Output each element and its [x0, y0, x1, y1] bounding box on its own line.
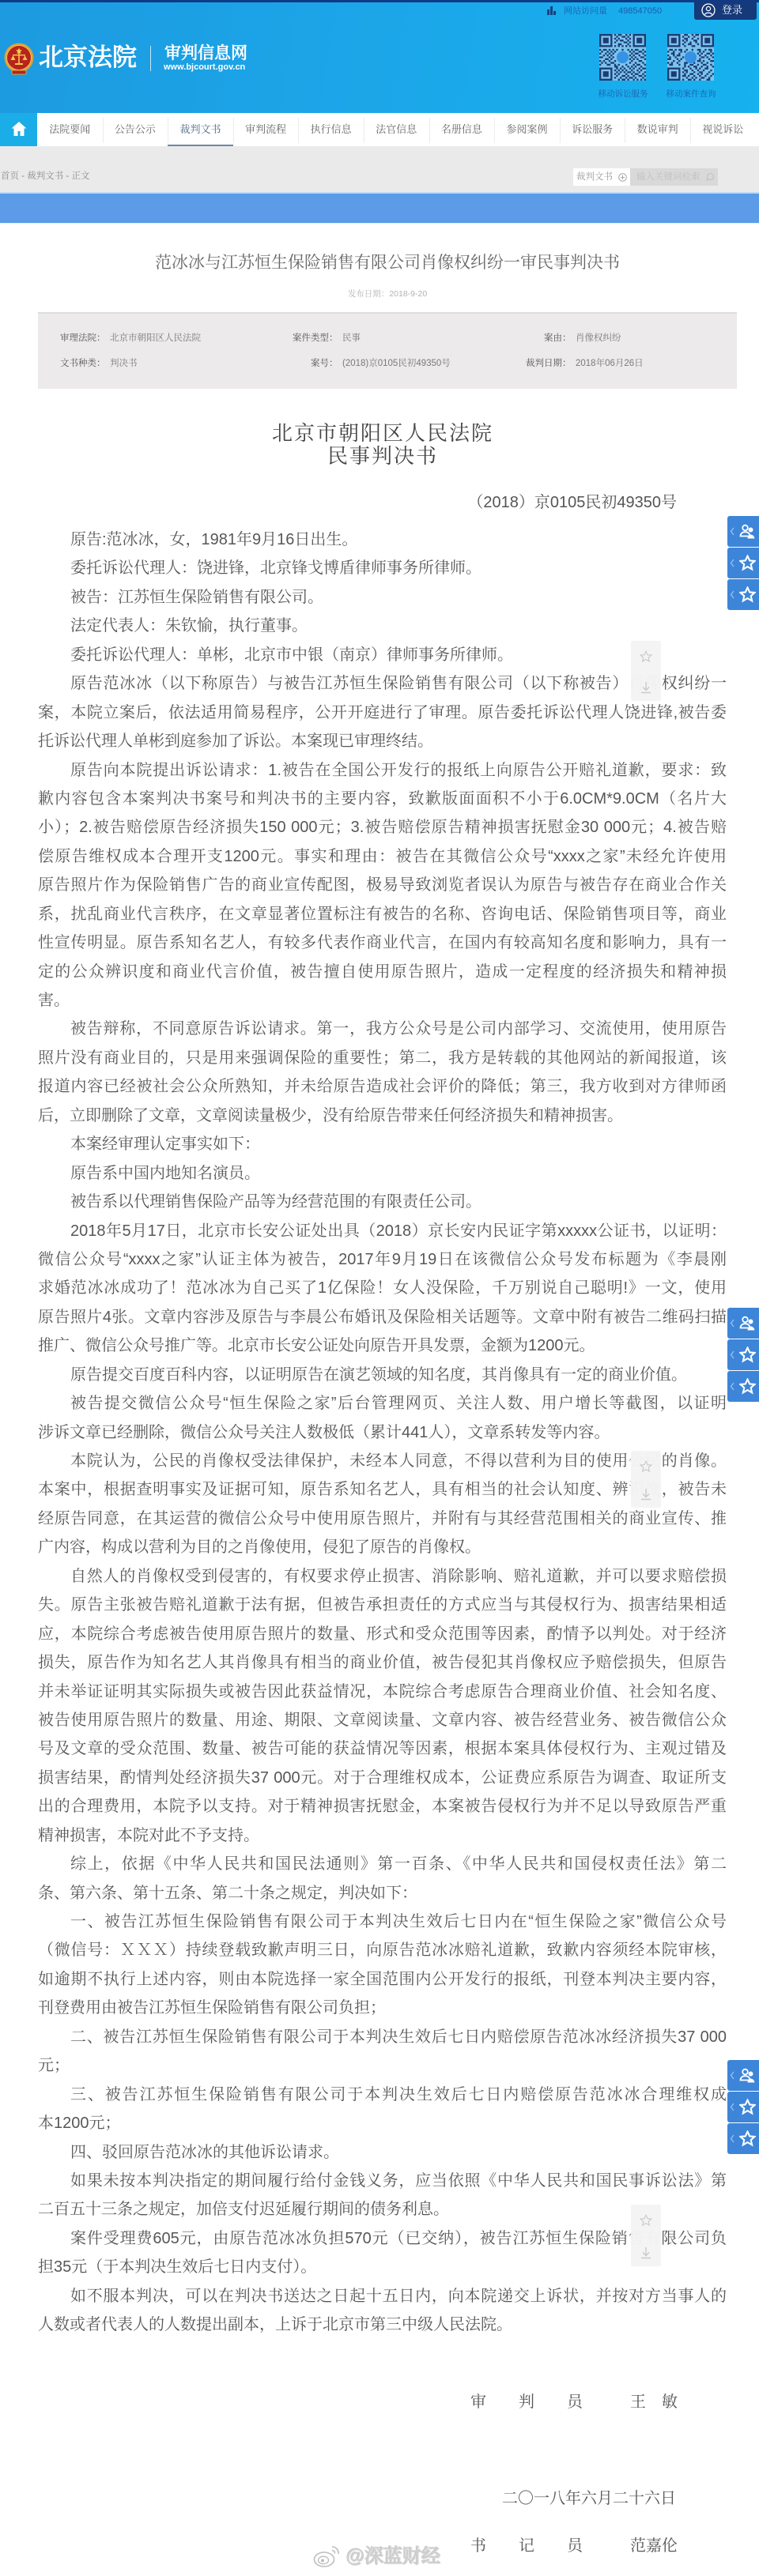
text-line: 并未举证证明其实际损失或被告因此获益情况，本院综合考虑原告合理商业价值、社会知名…: [38, 1678, 727, 1706]
paragraph: 原告范冰冰（以下称原告）与被告江苏恒生保险销售有限公司（以下称被告）肖像权纠纷一…: [38, 669, 727, 755]
watermark-text: @深蓝财经: [346, 2545, 440, 2567]
meta-label: 案号：: [291, 357, 338, 370]
chevron-left-icon: [730, 527, 734, 536]
meta-label: 案由：: [524, 332, 572, 345]
text-line: 原告照片4张。文章内容涉及原告与李晨公布婚讯及保险相关话题等。文章中附有被告二维…: [38, 1303, 727, 1331]
nav-roster-info[interactable]: 名册信息: [429, 113, 495, 146]
text-line: 性宣传明显。原告系知名艺人，有较多代表作商业代言，在国内有较高知名度和影响力，具…: [38, 928, 727, 957]
text-line: 被告：江苏恒生保险销售有限公司。: [38, 583, 727, 612]
paragraph: 原告系中国内地知名演员。: [38, 1159, 727, 1188]
search-box: [630, 168, 718, 186]
paragraph: 本院认为，公民的肖像权受法律保护，未经本人同意，不得以营利为目的使用公民的肖像。…: [38, 1447, 727, 1562]
paragraph: 综上，依据《中华人民共和国民法通则》第一百条、《中华人民共和国侵权责任法》第二 …: [38, 1850, 727, 1908]
side-tools: [727, 2060, 759, 2155]
breadcrumb-home[interactable]: 首页: [1, 171, 19, 181]
text-line: 自然人的肖像权受到侵害的，有权要求停止损害、消除影响、赔礼道歉，并可以要求赔偿损: [38, 1562, 727, 1591]
side-tools: [727, 1308, 759, 1403]
publish-date-label: 发布日期：: [348, 289, 390, 299]
download-icon[interactable]: [640, 1488, 652, 1501]
meta-label: 文书种类：: [59, 357, 106, 370]
paragraph: 被告系以代理销售保险产品等为经营范围的有限责任公司。: [38, 1188, 727, 1216]
paragraph: 被告提交微信公众号“恒生保险之家”后台管理网页、关注人数、用户增长等截图，以证明…: [38, 1389, 727, 1447]
text-line: 本院认为，公民的肖像权受法律保护，未经本人同意，不得以营利为目的使用公民的肖像。: [38, 1447, 727, 1475]
text-line: 原告:范冰冰，女，1981年9月16日出生。: [38, 525, 727, 554]
nav-home-button[interactable]: [0, 113, 37, 146]
star-icon: [739, 1346, 756, 1363]
text-line: 原告照片作为保险销售广告的商业宣传配图，极易导致浏览者误认为原告与被告存在商业合…: [38, 871, 727, 899]
text-line: 求婚范冰冰成功了！范冰冰为自己买了1亿保险！女人没保险，千万别说自己聪明!》一文…: [38, 1274, 727, 1302]
download-icon[interactable]: [640, 2246, 652, 2259]
star-icon: [739, 586, 756, 603]
text-line: 二、被告江苏恒生保险销售有限公司于本判决生效后七日内赔偿原告范冰冰经济损失37 …: [38, 2023, 727, 2051]
side-share-button[interactable]: [727, 1308, 759, 1339]
paragraph: 如不服本判决，可以在判决书送达之日起十五日内，向本院递交上诉状，并按对方当事人的…: [38, 2282, 727, 2340]
qr-label-mobile-litigation: 移动诉讼服务: [598, 89, 648, 100]
paragraph: 如果未按本判决指定的期间履行给付金钱义务，应当依照《中华人民共和国民事诉讼法》第…: [38, 2167, 727, 2224]
breadcrumb-current: 正文: [71, 171, 89, 181]
text-line: 歉内容包含本案判决书案号和判决书的主要内容，致歉版面面积不小于6.0CM*9.0…: [38, 785, 727, 813]
nav-enforcement-info[interactable]: 执行信息: [298, 113, 364, 146]
search-scope-select[interactable]: 裁判文书: [573, 168, 630, 186]
paragraph: 被告：江苏恒生保险销售有限公司。: [38, 583, 727, 612]
text-line: 号及文章的受众范围、数量、被告可能的获益情况等因素，根据本案具体侵权行为、主观过…: [38, 1734, 727, 1763]
users-icon: [739, 1315, 756, 1331]
text-line: 本1200元；: [38, 2109, 727, 2137]
text-line: 本案中，根据查明事实及证据可知，原告系知名艺人，具有相当的社会认知度、辨识度，被…: [38, 1475, 727, 1504]
text-line: 刊登费用由被告江苏恒生保险销售有限公司负担；: [38, 1994, 727, 2022]
meta-label: 审理法院：: [59, 332, 106, 345]
chevron-left-icon: [730, 2071, 734, 2080]
paragraph: 法定代表人：朱钦愉，执行董事。: [38, 612, 727, 640]
floating-toolbar: [631, 1451, 661, 1508]
text-line: 四、驳回原告范冰冰的其他诉讼请求。: [38, 2138, 727, 2167]
text-line: 如不服本判决，可以在判决书送达之日起十五日内，向本院递交上诉状，并按对方当事人的: [38, 2282, 727, 2310]
visits-count: 498547050: [618, 6, 662, 17]
text-line: 2018年5月17日，北京市长安公证处出具（2018）京长安内民证字第xxxxx…: [38, 1217, 727, 1245]
text-line: 涉诉文章已经删除，微信公众号关注人数极低（累计441人），文章系转发等内容。: [38, 1418, 727, 1447]
paragraph: 原告:范冰冰，女，1981年9月16日出生。: [38, 525, 727, 554]
chevron-left-icon: [730, 1319, 734, 1328]
text-line: 元；: [38, 2051, 727, 2080]
text-line: 系，扰乱商业代言秩序，在文章显著位置标注有被告的名称、咨询电话、保险销售项目等，…: [38, 900, 727, 928]
publish-date: 发布日期：2018-9-20: [38, 288, 737, 299]
paragraph: 原告提交百度百科内容，以证明原告在演艺领域的知名度，其肖像具有一定的商业价值。: [38, 1361, 727, 1389]
text-line: 损害结果，酌情判处经济损失37 000元。对于合理维权成本，公证费应系原告为调查…: [38, 1764, 727, 1792]
chevron-left-icon: [730, 590, 734, 599]
text-line: 案，本院立案后，依法适用简易程序，公开开庭进行了审理。原告委托诉讼代理人饶进锋,…: [38, 699, 727, 727]
search-icon[interactable]: [705, 172, 715, 182]
qr-code-icon[interactable]: [599, 34, 646, 81]
court-emblem-icon: [4, 41, 34, 76]
paragraph: 委托诉讼代理人：饶进锋，北京锋戈博盾律师事务所律师。: [38, 554, 727, 582]
text-line: 原告系中国内地知名演员。: [38, 1159, 727, 1188]
meta-value: 民事: [342, 332, 361, 345]
text-line: 定的公众辨识度和商业代言价值，被告擅自使用原告照片，造成一定程度的经济损失和精神…: [38, 958, 727, 986]
meta-case-type: 案件类型：民事: [291, 332, 361, 345]
nav-announcements[interactable]: 公告公示: [103, 113, 168, 146]
nav-judge-info[interactable]: 法官信息: [364, 113, 429, 146]
qr-code-icon[interactable]: [667, 34, 714, 81]
text-line: 出的合理费用，本院予以支持。对于精神损害抚慰金，本案被告侵权行为并不足以导致原告…: [38, 1792, 727, 1821]
nav-trial-process[interactable]: 审判流程: [233, 113, 299, 146]
meta-label: 案件类型：: [291, 332, 338, 345]
meta-doc-kind: 文书种类：判决书: [59, 357, 138, 370]
text-line: 被告使用原告照片的数量、用途、期限、文章阅读量、文章内容、被告经营业务、被告微信…: [38, 1706, 727, 1734]
weibo-logo-icon: [313, 2544, 341, 2569]
case-info-box: [38, 312, 737, 389]
text-line: 案件受理费605元，由原告范冰冰负担570元（已交纳），被告江苏恒生保险销售有限…: [38, 2224, 727, 2253]
meta-label: 裁判日期：: [524, 357, 572, 370]
floating-toolbar: [631, 2205, 661, 2266]
text-line: 应，本院综合考虑被告使用原告照片的数量、形式和受众范围等因素，酌情予以判处。对于…: [38, 1620, 727, 1648]
text-line: 如逾期不执行上述内容，则由本院选择一家全国范围内公开发行的报纸，刊登本判决主要内…: [38, 1965, 727, 1994]
document-type-heading: 民事判决书: [38, 445, 727, 468]
text-line: 原告范冰冰（以下称原告）与被告江苏恒生保险销售有限公司（以下称被告）肖像权纠纷一: [38, 669, 727, 698]
clerk-role: 书记员: [470, 2536, 615, 2555]
home-icon: [10, 120, 28, 137]
chevron-left-icon: [730, 559, 734, 567]
text-line: 原告提交百度百科内容，以证明原告在演艺领域的知名度，其肖像具有一定的商业价值。: [38, 1361, 727, 1389]
star-icon[interactable]: [640, 650, 652, 663]
text-line: （微信号：ＸＸＸ）持续登载致歉声明三日，向原告范冰冰赔礼道歉，致歉内容须经本院审…: [38, 1936, 727, 1964]
search-scope-label: 裁判文书: [576, 168, 613, 186]
section-band: [0, 192, 759, 224]
visits-label: 网站访问量: [564, 6, 607, 17]
chevron-left-icon: [730, 2103, 734, 2111]
text-line: 报道内容已经被社会公众所熟知，并未给原告造成社会评价的降低；第三，我方收到对方律…: [38, 1072, 727, 1101]
star-icon: [739, 1378, 756, 1395]
paragraph: 二、被告江苏恒生保险销售有限公司于本判决生效后七日内赔偿原告范冰冰经济损失37 …: [38, 2023, 727, 2081]
chevron-left-icon: [730, 1350, 734, 1359]
text-line: 本案经审理认定事实如下：: [38, 1130, 727, 1158]
breadcrumb-judgments[interactable]: 裁判文书: [27, 171, 63, 181]
meta-value: 北京市朝阳区人民法院: [110, 332, 201, 345]
star-icon: [739, 2130, 756, 2147]
download-icon[interactable]: [640, 681, 652, 694]
judge-role: 审判员: [470, 2393, 615, 2412]
text-line: 害。: [38, 986, 727, 1015]
meta-value: 肖像权纠纷: [576, 332, 621, 345]
users-icon: [739, 2067, 756, 2084]
side-bookmark-button[interactable]: [727, 2123, 759, 2154]
text-line: 如果未按本判决指定的期间履行给付金钱义务，应当依照《中华人民共和国民事诉讼法》第: [38, 2167, 727, 2195]
text-line: 综上，依据《中华人民共和国民法通则》第一百条、《中华人民共和国侵权责任法》第二: [38, 1850, 727, 1878]
clerk-name: 范嘉伦: [630, 2536, 678, 2555]
side-tools: [727, 516, 759, 611]
site-header: 北京法院 审判信息网 www.bjcourt.gov.cn 网站访问量 4985…: [0, 0, 759, 113]
meta-value: (2018)京0105民初49350号: [342, 357, 451, 370]
chevron-left-icon: [730, 2134, 734, 2143]
paragraph: 本案经审理认定事实如下：: [38, 1130, 727, 1158]
nav-data-trials[interactable]: 数说审判: [625, 113, 690, 146]
site-name[interactable]: 北京法院: [39, 43, 137, 72]
text-line: 经原告同意，在其运营的微信公众号中使用原告照片，并附有与其经营范围相关的商业宣传…: [38, 1505, 727, 1533]
nav-judgments[interactable]: 裁判文书: [168, 113, 233, 146]
paragraph: 案件受理费605元，由原告范冰冰负担570元（已交纳），被告江苏恒生保险销售有限…: [38, 2224, 727, 2282]
text-line: 三、被告江苏恒生保险销售有限公司于本判决生效后七日内赔偿原告范冰冰合理维权成: [38, 2081, 727, 2109]
side-favorite-button[interactable]: [727, 548, 759, 578]
text-line: 失。原告主张被告赔礼道歉于法有据，但被告承担责任的方式应当与其侵权行为、损害结果…: [38, 1591, 727, 1619]
star-icon: [739, 555, 756, 571]
meta-value: 判决书: [110, 357, 138, 370]
text-line: 偿原告维权成本合理开支1200元。事实和理由：被告在其微信公众号“xxxx之家”…: [38, 842, 727, 871]
floating-toolbar: [631, 641, 661, 701]
text-line: 被告辩称，不同意原告诉讼请求。第一，我方公众号是公司内部学习、交流使用，使用原告: [38, 1015, 727, 1043]
user-icon: [701, 3, 716, 17]
judge-name: 王 敏: [630, 2393, 678, 2412]
meta-value: 2018年06月26日: [576, 357, 644, 370]
case-number: （2018）京0105民初49350号: [38, 488, 677, 517]
paragraph: 三、被告江苏恒生保险销售有限公司于本判决生效后七日内赔偿原告范冰冰合理维权成 本…: [38, 2081, 727, 2138]
site-url: www.bjcourt.gov.cn: [164, 62, 245, 72]
text-line: 法定代表人：朱钦愉，执行董事。: [38, 612, 727, 640]
text-line: 一、被告江苏恒生保险销售有限公司于本判决生效后七日内在“恒生保险之家”微信公众号: [38, 1908, 727, 1936]
chevron-left-icon: [730, 1382, 734, 1391]
text-line: 二百五十三条之规定，加倍支付迟延履行期间的债务利息。: [38, 2195, 727, 2224]
paragraph: 四、驳回原告范冰冰的其他诉讼请求。: [38, 2138, 727, 2167]
meta-cause: 案由：肖像权纠纷: [524, 332, 621, 345]
login-label: 登录: [722, 1, 742, 20]
users-icon: [739, 523, 756, 540]
star-icon: [739, 2099, 756, 2115]
login-button[interactable]: 登录: [694, 1, 757, 20]
text-line: 被告系以代理销售保险产品等为经营范围的有限责任公司。: [38, 1188, 727, 1216]
text-line: 原告向本院提出诉讼请求：1.被告在全国公开发行的报纸上向原告公开赔礼道歉，要求：…: [38, 756, 727, 785]
nav-video-litigation[interactable]: 视说诉讼: [690, 113, 756, 146]
star-icon[interactable]: [640, 1460, 652, 1473]
side-share-button[interactable]: [727, 516, 759, 547]
text-line: 委托诉讼代理人：饶进锋，北京锋戈博盾律师事务所律师。: [38, 554, 727, 582]
document-title: 范冰冰与江苏恒生保险销售有限公司肖像权纠纷一审民事判决书: [38, 253, 737, 273]
top-strip: [0, 0, 759, 2]
site-subtitle: 审判信息网: [164, 44, 247, 63]
logo-divider: [150, 46, 151, 71]
text-line: 精神损害，本院对此不予支持。: [38, 1821, 727, 1850]
text-line: 条、第六条、第十五条、第二十条之规定，判决如下：: [38, 1879, 727, 1908]
side-bookmark-button[interactable]: [727, 579, 759, 610]
qr-label-mobile-case-query: 移动案件查询: [666, 89, 716, 100]
text-line: 损失，原告作为知名艺人其肖像具有相当的商业价值，被告侵犯其肖像权应予赔偿损失，但…: [38, 1648, 727, 1677]
side-favorite-button[interactable]: [727, 1339, 759, 1370]
text-line: 后，立即删除了文章，文章阅读量极少，没有给原告带来任何经济损失和精神损害。: [38, 1102, 727, 1130]
breadcrumb: 首页 - 裁判文书 - 正文: [1, 171, 89, 182]
paragraph: 一、被告江苏恒生保险销售有限公司于本判决生效后七日内在“恒生保险之家”微信公众号…: [38, 1908, 727, 2023]
nav-litigation-services[interactable]: 诉讼服务: [560, 113, 625, 146]
text-line: 被告提交微信公众号“恒生保险之家”后台管理网页、关注人数、用户增长等截图，以证明: [38, 1389, 727, 1418]
side-bookmark-button[interactable]: [727, 1371, 759, 1402]
side-favorite-button[interactable]: [727, 2092, 759, 2122]
judgment-body: 原告:范冰冰，女，1981年9月16日出生。 委托诉讼代理人：饶进锋，北京锋戈博…: [38, 525, 727, 2340]
breadcrumb-row: 首页 - 裁判文书 - 正文 裁判文书: [0, 146, 759, 192]
nav-court-news[interactable]: 法院要闻: [37, 113, 103, 146]
meta-case-number: 案号：(2018)京0105民初49350号: [291, 357, 451, 370]
sign-date: 二〇一八年六月二十六日: [502, 2489, 676, 2508]
text-line: 推广、微信公众号推广等。北京市长安公证处向原告开具发票，金额为1200元。: [38, 1331, 727, 1360]
text-line: 人数或者代表人的人数提出副本，上诉于北京市第三中级人民法院。: [38, 2310, 727, 2339]
text-line: 小）；2.被告赔偿原告经济损失150 000元；3.被告赔偿原告精神损害抚慰金3…: [38, 813, 727, 842]
paragraph: 委托诉讼代理人：单彬，北京市中银（南京）律师事务所律师。: [38, 641, 727, 669]
court-name-heading: 北京市朝阳区人民法院: [38, 422, 727, 445]
paragraph: 被告辩称，不同意原告诉讼请求。第一，我方公众号是公司内部学习、交流使用，使用原告…: [38, 1015, 727, 1130]
paragraph: 2018年5月17日，北京市长安公证处出具（2018）京长安内民证字第xxxxx…: [38, 1217, 727, 1361]
text-line: 微信公众号“xxxx之家”认证主体为被告，2017年9月19日在该微信公众号发布…: [38, 1245, 727, 1274]
paragraph: 原告向本院提出诉讼请求：1.被告在全国公开发行的报纸上向原告公开赔礼道歉，要求：…: [38, 756, 727, 1015]
main-nav: 法院要闻 公告公示 裁判文书 审判流程 执行信息 法官信息 名册信息 参阅案例 …: [0, 113, 759, 146]
breadcrumb-separator: -: [63, 171, 71, 181]
text-line: 委托诉讼代理人：单彬，北京市中银（南京）律师事务所律师。: [38, 641, 727, 669]
plus-circle-icon: [618, 173, 627, 182]
search-input[interactable]: [630, 168, 708, 186]
side-share-button[interactable]: [727, 2060, 759, 2091]
meta-judgment-date: 裁判日期：2018年06月26日: [524, 357, 644, 370]
text-line: 托诉讼代理人单彬到庭参加了诉讼。本案现已审理终结。: [38, 727, 727, 755]
paragraph: 自然人的肖像权受到侵害的，有权要求停止损害、消除影响、赔礼道歉，并可以要求赔偿损…: [38, 1562, 727, 1850]
text-line: 担35元（于本判决生效后七日内支付）。: [38, 2253, 727, 2281]
text-line: 广内容，构成以营利为目的之肖像使用，侵犯了原告的肖像权。: [38, 1533, 727, 1561]
bar-chart-icon: [547, 6, 557, 15]
meta-court: 审理法院：北京市朝阳区人民法院: [59, 332, 202, 345]
breadcrumb-separator: -: [19, 171, 27, 181]
nav-reference-cases[interactable]: 参阅案例: [494, 113, 560, 146]
publish-date-value: 2018-9-20: [389, 289, 427, 299]
star-icon[interactable]: [640, 2214, 652, 2227]
text-line: 照片没有商业目的，只是用来强调保险的重要性；第二，我方是转载的其他网站的新闻报道…: [38, 1044, 727, 1072]
